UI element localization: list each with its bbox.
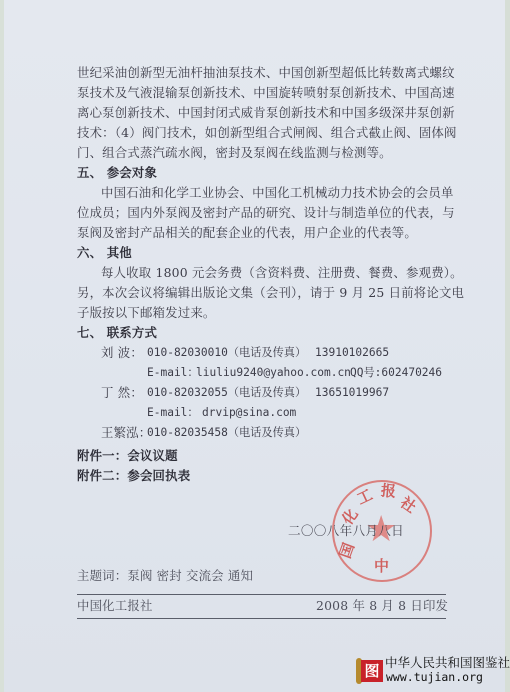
- body-line: 门、组合式蒸汽疏水阀，密封及泵阀在线监测与检测等。: [77, 143, 392, 163]
- body-line: 离心泵创新技术、中国封闭式威肯泵创新技术和中国多级深井泵创新: [77, 103, 455, 123]
- body-line: 泵阀及密封产品相关的配套企业的代表，用户企业的代表等。: [77, 223, 417, 243]
- section-heading-other: 六、 其他: [77, 243, 132, 263]
- body-line: 子版按以下邮箱发过来。: [77, 303, 216, 323]
- contact-phone: 010-82032055（电话及传真）: [147, 383, 306, 403]
- seal-char: 报: [380, 479, 397, 501]
- attachment-2: 附件二：参会回执表: [77, 466, 190, 486]
- contact-name: 刘 波：: [101, 343, 143, 363]
- subject-keywords: 主题词：泵阀 密封 交流会 通知: [77, 566, 253, 586]
- body-line: 另，本次会议将编辑出版论文集（会刊），请于 9 月 25 日前将论文电: [77, 283, 464, 303]
- contact-phone: 010-82030010（电话及传真）: [147, 343, 306, 363]
- body-line: 泵技术及气液混输泵创新技术、中国旋转喷射泵创新技术、中国高速: [77, 83, 455, 103]
- contact-email[interactable]: liuliu9240@yahoo.com.cn: [196, 363, 351, 383]
- body-line: 每人收取 1800 元会务费（含资料费、注册费、餐费、参观费）。: [101, 263, 463, 283]
- contact-name: 王繁泓：: [101, 423, 151, 443]
- contact-qq: QQ号:602470246: [350, 363, 442, 383]
- signature-date: 二〇〇八年八月八日: [288, 520, 404, 539]
- body-line: 位成员；国内外泵阀及密封产品的研究、设计与制造单位的代表，与: [77, 203, 455, 223]
- email-label: E-mail：: [147, 363, 199, 383]
- contact-mobile: 13910102665: [315, 343, 389, 363]
- section-heading-attendees: 五、 参会对象: [77, 163, 157, 183]
- body-line: 技术：（4）阀门技术，如创新型组合式闸阀、组合式截止阀、固体阀: [77, 123, 457, 143]
- scan-edge-right: [505, 0, 510, 692]
- watermark-name: 中华人民共和国图鉴社: [385, 656, 510, 670]
- footer-issue-date: 2008 年 8 月 8 日印发: [316, 596, 448, 616]
- email-label: E-mail：: [147, 403, 199, 423]
- attachment-1: 附件一：会议议题: [77, 446, 178, 466]
- seal-char: 中: [374, 555, 389, 576]
- tujian-logo-icon: 图: [356, 658, 383, 682]
- body-line: 中国石油和化学工业协会、中国化工机械动力技术协会的会员单: [101, 183, 454, 203]
- document-page: 世纪采油创新型无油杆抽油泵技术、中国创新型超低比转数离式螺纹 泵技术及气液混输泵…: [0, 0, 510, 692]
- contact-mobile: 13651019967: [315, 383, 389, 403]
- watermark-url[interactable]: www.tujian.org: [386, 670, 483, 684]
- scan-edge-left: [0, 0, 4, 692]
- contact-name: 丁 然：: [101, 383, 143, 403]
- body-line: 世纪采油创新型无油杆抽油泵技术、中国创新型超低比转数离式螺纹: [77, 63, 455, 83]
- contact-phone: 010-82035458（电话及传真）: [147, 423, 306, 443]
- section-heading-contact: 七、 联系方式: [77, 323, 157, 343]
- footer-issuer: 中国化工报社: [77, 596, 153, 616]
- footer-rule-bottom: [77, 618, 446, 619]
- contact-email[interactable]: drvip@sina.com: [202, 403, 296, 423]
